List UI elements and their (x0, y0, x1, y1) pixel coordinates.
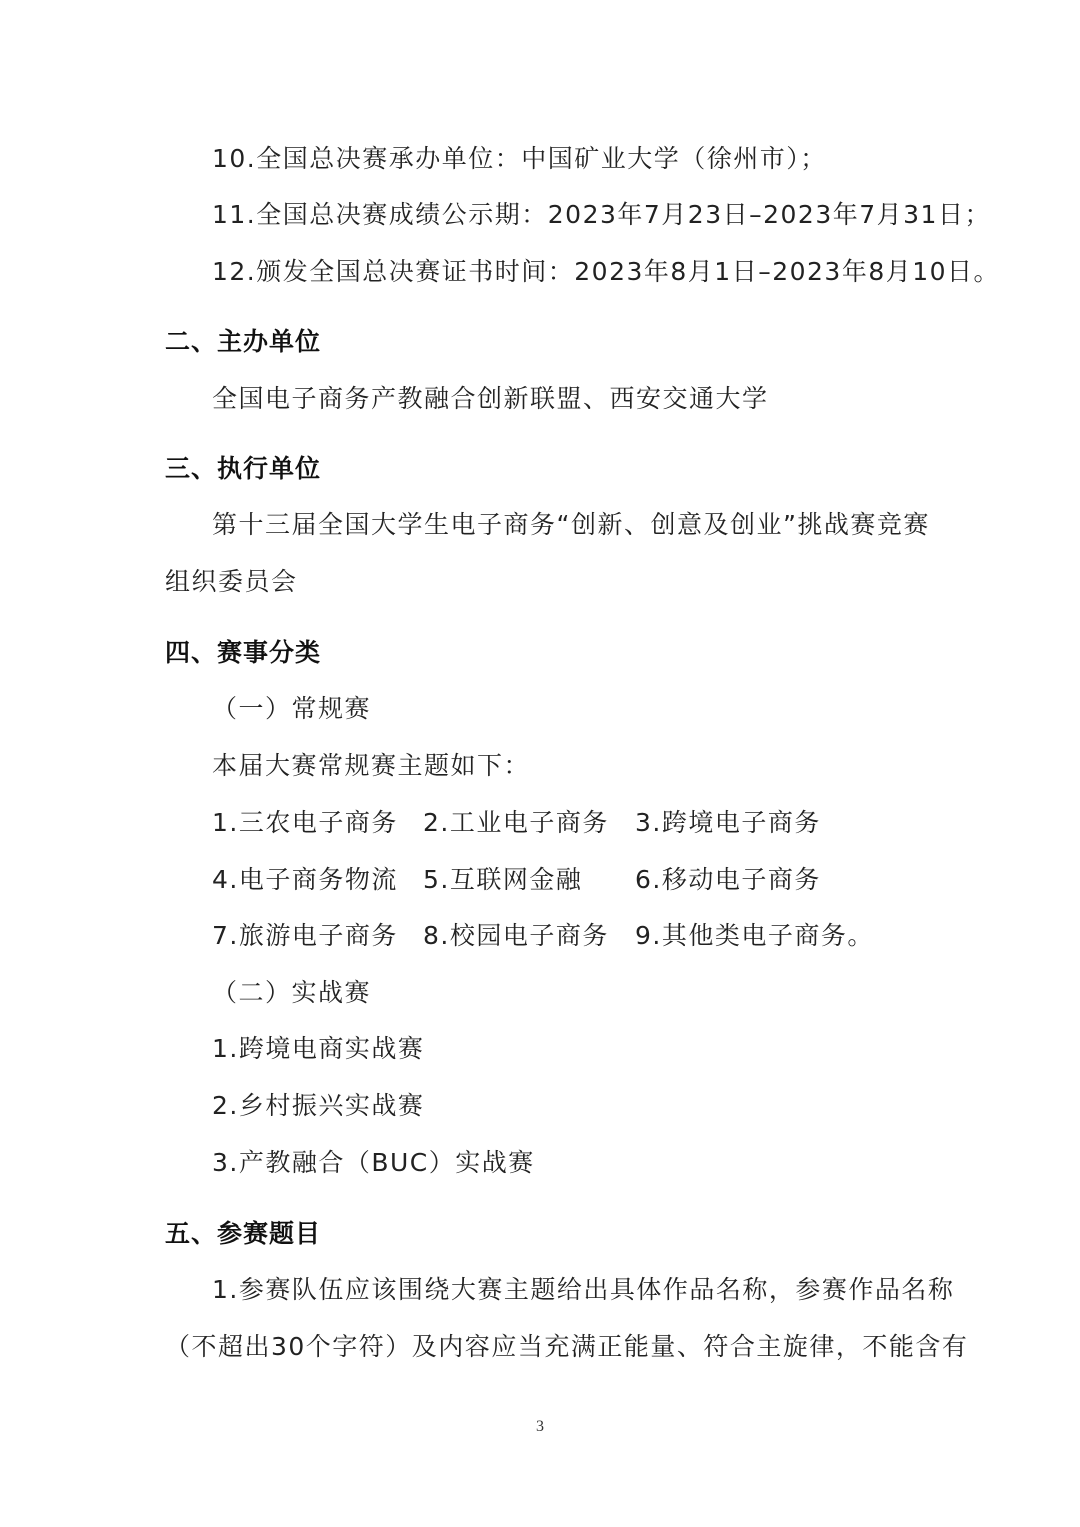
schedule-item-11: 11.全国总决赛成绩公示期：2023年7月23日–2023年7月31日； (212, 198, 991, 232)
theme-item: 7.旅游电子商务 (212, 919, 398, 953)
theme-item: 8.校园电子商务 (423, 919, 609, 953)
page-number: 3 (0, 1418, 1080, 1436)
theme-item: 9.其他类电子商务。 (635, 919, 874, 953)
section-body-organizer: 全国电子商务产教融合创新联盟、西安交通大学 (212, 382, 769, 416)
section-heading-categories: 四、赛事分类 (165, 636, 321, 670)
document-page: 10.全国总决赛承办单位：中国矿业大学（徐州市）； 11.全国总决赛成绩公示期：… (0, 0, 1080, 1527)
schedule-item-12: 12.颁发全国总决赛证书时间：2023年8月1日–2023年8月10日。 (212, 255, 1000, 289)
theme-item: 6.移动电子商务 (635, 863, 821, 897)
regular-intro: 本届大赛常规赛主题如下： (212, 749, 530, 783)
theme-item: 3.跨境电子商务 (635, 806, 821, 840)
section-heading-organizer: 二、主办单位 (165, 325, 321, 359)
practical-item-1: 1.跨境电商实战赛 (212, 1032, 424, 1066)
practical-item-3: 3.产教融合（BUC）实战赛 (212, 1146, 535, 1180)
theme-item: 4.电子商务物流 (212, 863, 398, 897)
schedule-item-10: 10.全国总决赛承办单位：中国矿业大学（徐州市）； (212, 142, 827, 176)
section-heading-topics: 五、参赛题目 (165, 1217, 321, 1251)
section-heading-executor: 三、执行单位 (165, 452, 321, 486)
theme-item: 1.三农电子商务 (212, 806, 398, 840)
subheading-regular: （一）常规赛 (212, 692, 371, 726)
section-body-topics-line2: （不超出30个字符）及内容应当充满正能量、符合主旋律，不能含有 (165, 1330, 968, 1364)
subheading-practical: （二）实战赛 (212, 976, 371, 1010)
section-body-executor-line2: 组织委员会 (165, 565, 298, 599)
section-body-executor-line1: 第十三届全国大学生电子商务“创新、创意及创业”挑战赛竞赛 (212, 508, 930, 542)
theme-item: 5.互联网金融 (423, 863, 582, 897)
theme-item: 2.工业电子商务 (423, 806, 609, 840)
section-body-topics-line1: 1.参赛队伍应该围绕大赛主题给出具体作品名称，参赛作品名称 (212, 1273, 954, 1307)
practical-item-2: 2.乡村振兴实战赛 (212, 1089, 424, 1123)
